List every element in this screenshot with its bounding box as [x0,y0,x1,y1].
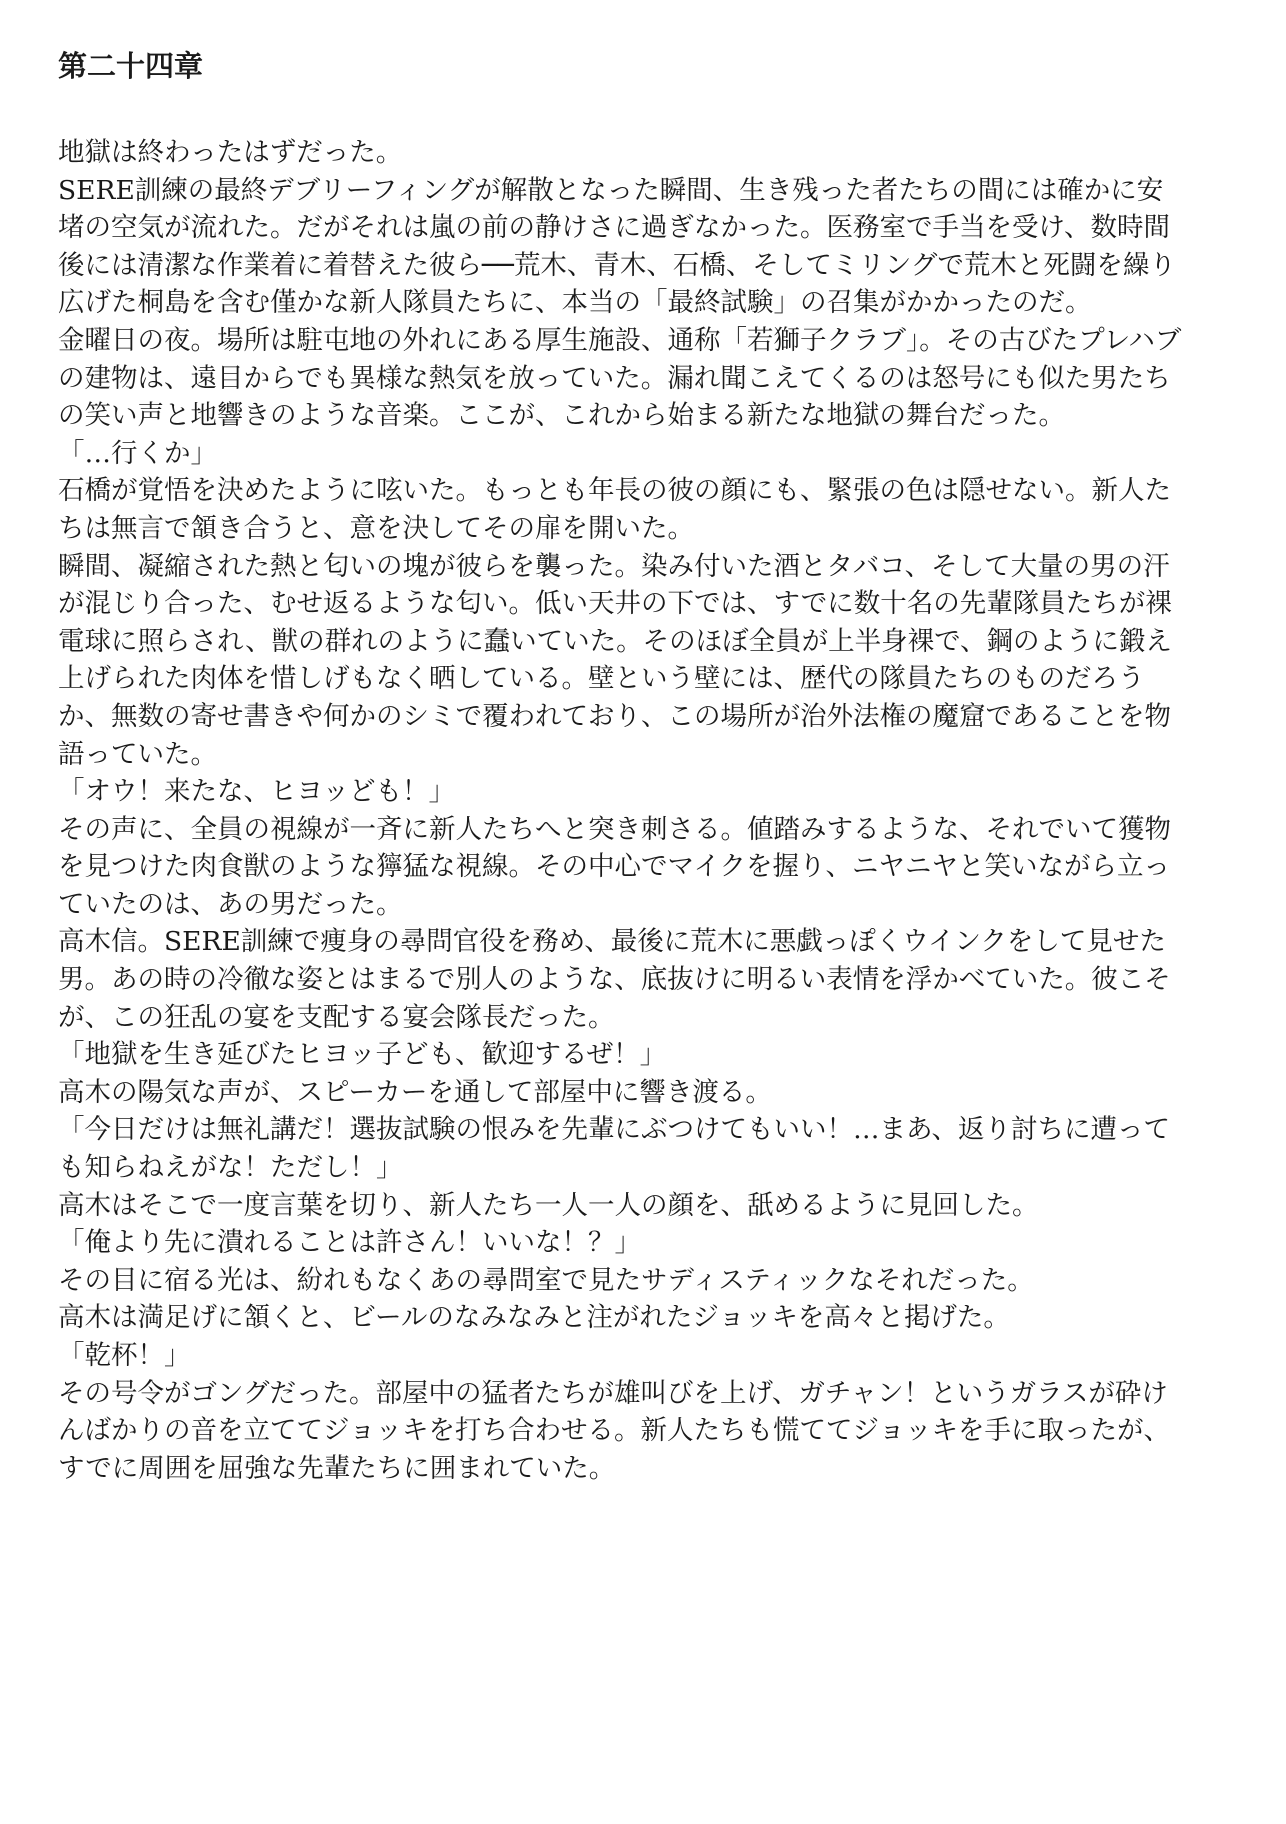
paragraph: 高木はそこで一度言葉を切り、新人たち一人一人の顔を、舐めるように見回した。 [58,1187,1188,1225]
dialogue-line: 「俺より先に潰れることは許さん！いいな！？」 [58,1224,1188,1262]
dialogue-line: 「地獄を生き延びたヒヨッ子ども、歓迎するぜ！」 [58,1036,1188,1074]
paragraph: その目に宿る光は、紛れもなくあの尋問室で見たサディスティックなそれだった。 [58,1262,1188,1300]
paragraph: 金曜日の夜。場所は駐屯地の外れにある厚生施設、通称「若獅子クラブ」。その古びたプ… [58,322,1188,435]
document-page: 第二十四章 地獄は終わったはずだった。 SERE訓練の最終デブリーフィングが解散… [58,48,1188,1487]
paragraph: その声に、全員の視線が一斉に新人たちへと突き刺さる。値踏みするような、それでいて… [58,811,1188,924]
paragraph: SERE訓練の最終デブリーフィングが解散となった瞬間、生き残った者たちの間には確… [58,172,1188,322]
dialogue-line: 「今日だけは無礼講だ！選抜試験の恨みを先輩にぶつけてもいい！…まあ、返り討ちに遭… [58,1111,1188,1186]
dialogue-line: 「…行くか」 [58,435,1188,473]
chapter-title: 第二十四章 [58,48,1188,84]
chapter-body: 地獄は終わったはずだった。 SERE訓練の最終デブリーフィングが解散となった瞬間… [58,134,1188,1487]
paragraph: 瞬間、凝縮された熱と匂いの塊が彼らを襲った。染み付いた酒とタバコ、そして大量の男… [58,548,1188,774]
paragraph: 石橋が覚悟を決めたように呟いた。もっとも年長の彼の顔にも、緊張の色は隠せない。新… [58,472,1188,547]
paragraph: 高木の陽気な声が、スピーカーを通して部屋中に響き渡る。 [58,1074,1188,1112]
paragraph: その号令がゴングだった。部屋中の猛者たちが雄叫びを上げ、ガチャン！というガラスが… [58,1375,1188,1488]
dialogue-line: 「オウ！来たな、ヒヨッども！」 [58,773,1188,811]
paragraph: 高木信。SERE訓練で痩身の尋問官役を務め、最後に荒木に悪戯っぽくウインクをして… [58,923,1188,1036]
paragraph: 高木は満足げに頷くと、ビールのなみなみと注がれたジョッキを高々と掲げた。 [58,1299,1188,1337]
paragraph: 地獄は終わったはずだった。 [58,134,1188,172]
dialogue-line: 「乾杯！」 [58,1337,1188,1375]
